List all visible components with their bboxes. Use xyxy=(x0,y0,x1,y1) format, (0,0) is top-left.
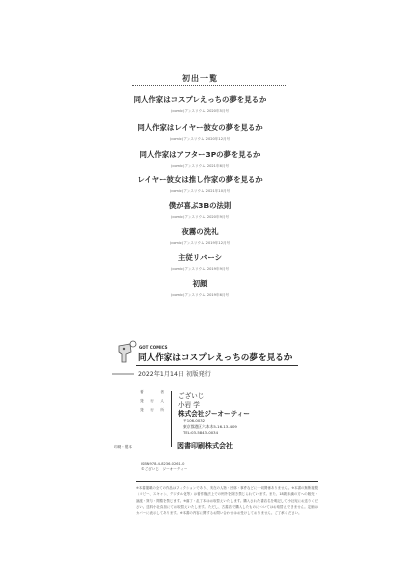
toc-entry: 初顔 (comic)アンスリウム 2019年6月号 xyxy=(0,279,400,298)
entry-title: 同人作家はレイヤー彼女の夢を見るか xyxy=(0,123,400,133)
printer-name: 図書印刷株式会社 xyxy=(177,441,233,451)
toc-entry: 主従リバーシ (comic)アンスリウム 2019年9月号 xyxy=(0,253,400,272)
book-title: 同人作家はコスプレえっちの夢を見るか xyxy=(138,351,292,363)
mascot-logo-icon xyxy=(116,340,138,366)
publisher-company: 株式会社ジーオーティー xyxy=(178,408,250,418)
label-got-comics: GOT COMICS xyxy=(139,345,168,350)
legal-notice: ※本書掲載の全ての作品はフィクションであり、実在の人物・団体・事件などに一切関係… xyxy=(136,485,318,516)
gray-rule xyxy=(112,373,134,375)
credit-label: 発行人 xyxy=(140,399,164,404)
entry-title: 夜霧の洗礼 xyxy=(0,227,400,237)
entry-source: (comic)アンスリウム 2021年10月号 xyxy=(0,188,400,194)
notice-rule xyxy=(136,481,318,482)
entry-source: (comic)アンスリウム 2019年9月号 xyxy=(0,266,400,272)
toc-entry: 夜霧の洗礼 (comic)アンスリウム 2019年12月号 xyxy=(0,227,400,246)
entry-title: 僕が喜ぶ3Bの法則 xyxy=(0,201,400,211)
toc-entry: 同人作家はアフター3Pの夢を見るか (comic)アンスリウム 2021年6月号 xyxy=(0,150,400,169)
entry-source: (comic)アンスリウム 2019年12月号 xyxy=(0,240,400,246)
credit-label: 著者 xyxy=(140,390,164,395)
publication-date: 2022年1月14日 初版発行 xyxy=(138,369,211,378)
entry-title: 主従リバーシ xyxy=(0,253,400,263)
toc-title: 初出一覧 xyxy=(0,73,400,84)
dotted-divider xyxy=(132,85,286,86)
postal-code: 〒106-0032 xyxy=(183,418,205,424)
entry-source: (comic)アンスリウム 2019年6月号 xyxy=(0,292,400,298)
phone: TEL:03-5843-0034 xyxy=(183,430,218,436)
address: 東京都港区六本木5-16-13-409 xyxy=(183,424,237,430)
entry-title: 同人作家はコスプレえっちの夢を見るか xyxy=(0,95,400,105)
toc-entry: 同人作家はコスプレえっちの夢を見るか (comic)アンスリウム 2020年5月… xyxy=(0,95,400,114)
entry-source: (comic)アンスリウム 2020年12月号 xyxy=(0,136,400,142)
copyright: ©ございじ ジーオーティー xyxy=(141,467,187,472)
credit-label: 発行所 xyxy=(140,408,164,413)
printer-label: 印刷・製本 xyxy=(114,445,132,450)
credits-vertical-rule xyxy=(171,391,172,447)
entry-title: 初顔 xyxy=(0,279,400,289)
entry-title: 同人作家はアフター3Pの夢を見るか xyxy=(0,150,400,160)
entry-source: (comic)アンスリウム 2021年6月号 xyxy=(0,163,400,169)
entry-source: (comic)アンスリウム 2020年5月号 xyxy=(0,108,400,114)
title-rule xyxy=(136,365,298,366)
isbn-block: ISBN978-4-8236-0261-0 ©ございじ ジーオーティー xyxy=(141,462,187,473)
entry-source: (comic)アンスリウム 2020年9月号 xyxy=(0,214,400,220)
entry-title: レイヤー彼女は推し作家の夢を見るか xyxy=(0,175,400,185)
toc-entry: 僕が喜ぶ3Bの法則 (comic)アンスリウム 2020年9月号 xyxy=(0,201,400,220)
toc-entry: 同人作家はレイヤー彼女の夢を見るか (comic)アンスリウム 2020年12月… xyxy=(0,123,400,142)
toc-entry: レイヤー彼女は推し作家の夢を見るか (comic)アンスリウム 2021年10月… xyxy=(0,175,400,194)
